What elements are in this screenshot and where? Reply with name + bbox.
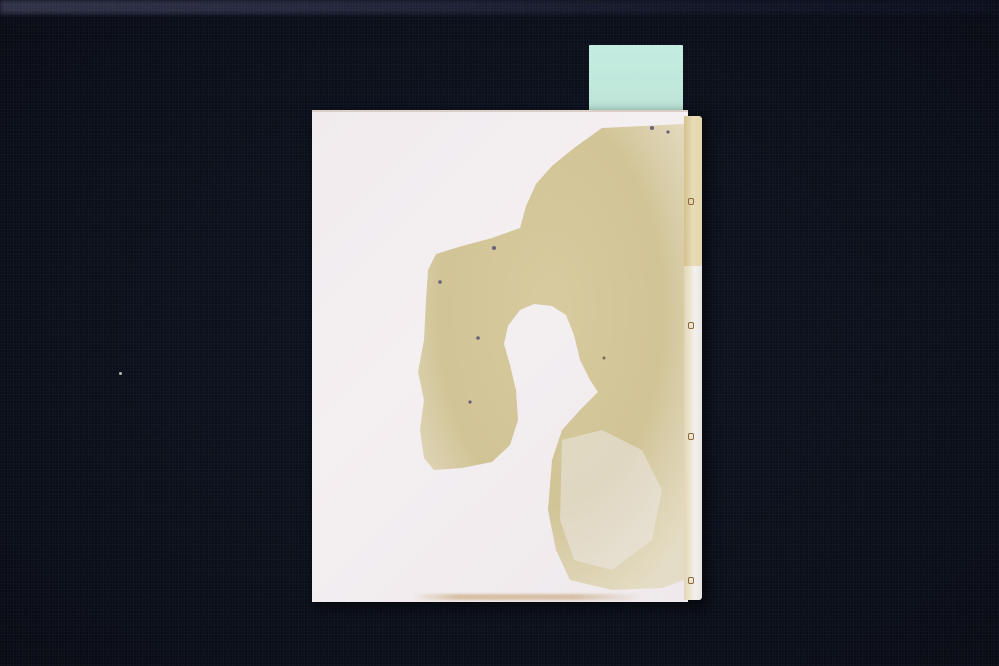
sewing-hole [688, 577, 694, 584]
dust-speck [119, 372, 122, 375]
sewing-hole [688, 198, 694, 205]
sewing-hole [688, 322, 694, 329]
photo-scene [0, 0, 999, 666]
bottom-edge-stain [412, 594, 642, 600]
spine-stained-section [684, 116, 702, 266]
sewing-hole [688, 433, 694, 440]
vellum-book [312, 110, 704, 602]
